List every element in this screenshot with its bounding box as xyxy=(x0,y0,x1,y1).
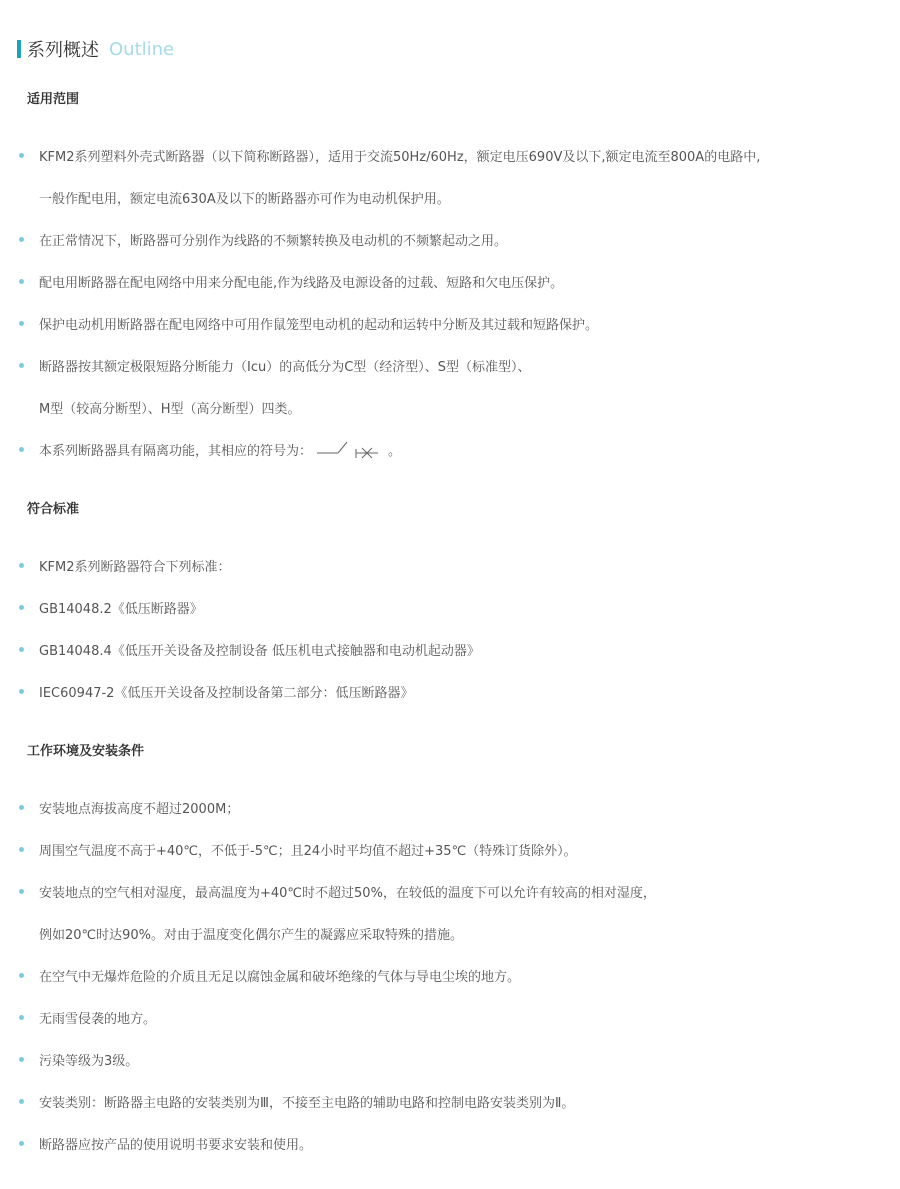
list-item-text: GB14048.4《低压开关设备及控制设备 低压机电式接触器和电动机起动器》 xyxy=(39,640,480,659)
list-item-text: 本系列断路器具有隔离功能，其相应的符号为： xyxy=(39,440,312,459)
list-item: KFM2系列塑料外壳式断路器（以下简称断路器），适用于交流50Hz/60Hz，额… xyxy=(19,145,760,165)
bullet-dot-icon xyxy=(19,447,24,452)
list-item: GB14048.4《低压开关设备及控制设备 低压机电式接触器和电动机起动器》 xyxy=(19,639,480,659)
bullet-dot-icon xyxy=(19,1057,24,1062)
list-item: 污染等级为3级。 xyxy=(19,1049,138,1069)
list-item: 在正常情况下，断路器可分别作为线路的不频繁转换及电动机的不频繁起动之用。 xyxy=(19,229,507,249)
bullet-dot-icon xyxy=(19,237,24,242)
page-header: 系列概述 Outline xyxy=(17,37,174,61)
list-item: 安装类别：断路器主电路的安装类别为Ⅲ，不接至主电路的辅助电路和控制电路安装类别为… xyxy=(19,1091,574,1111)
list-item-suffix: 。 xyxy=(388,440,401,459)
list-item-text: 无雨雪侵袭的地方。 xyxy=(39,1008,156,1027)
list-item-text: 保护电动机用断路器在配电网络中可用作鼠笼型电动机的起动和运转中分断及其过载和短路… xyxy=(39,314,598,333)
list-item: 安装地点海拔高度不超过2000M； xyxy=(19,797,239,817)
list-item-text: KFM2系列塑料外壳式断路器（以下简称断路器），适用于交流50Hz/60Hz，额… xyxy=(39,146,760,165)
list-item: 本系列断路器具有隔离功能，其相应的符号为： 。 xyxy=(19,439,401,459)
section-heading-environment: 工作环境及安装条件 xyxy=(27,740,144,759)
bullet-dot-icon xyxy=(19,847,24,852)
list-item-text: 配电用断路器在配电网络中用来分配电能,作为线路及电源设备的过载、短路和欠电压保护… xyxy=(39,272,563,291)
list-item-text: 周围空气温度不高于+40℃，不低于-5℃；且24小时平均值不超过+35℃（特殊订… xyxy=(39,840,577,859)
isolating-switch-symbol-icon xyxy=(316,438,382,460)
list-item-text: 污染等级为3级。 xyxy=(39,1050,138,1069)
list-item-text: 在正常情况下，断路器可分别作为线路的不频繁转换及电动机的不频繁起动之用。 xyxy=(39,230,507,249)
bullet-dot-icon xyxy=(19,563,24,568)
bullet-dot-icon xyxy=(19,1141,24,1146)
bullet-dot-icon xyxy=(19,153,24,158)
list-item: 无雨雪侵袭的地方。 xyxy=(19,1007,156,1027)
list-item-text: 在空气中无爆炸危险的介质且无足以腐蚀金属和破坏绝缘的气体与导电尘埃的地方。 xyxy=(39,966,520,985)
bullet-dot-icon xyxy=(19,689,24,694)
bullet-dot-icon xyxy=(19,1015,24,1020)
list-item: 配电用断路器在配电网络中用来分配电能,作为线路及电源设备的过载、短路和欠电压保护… xyxy=(19,271,563,291)
bullet-dot-icon xyxy=(19,889,24,894)
list-item-text: 断路器按其额定极限短路分断能力（Icu）的高低分为C型（经济型）、S型（标准型）… xyxy=(39,356,531,375)
bullet-dot-icon xyxy=(19,321,24,326)
bullet-dot-icon xyxy=(19,805,24,810)
bullet-dot-icon xyxy=(19,973,24,978)
list-item: 断路器应按产品的使用说明书要求安装和使用。 xyxy=(19,1133,312,1153)
list-item-continuation: 一般作配电用，额定电流630A及以下的断路器亦可作为电动机保护用。 xyxy=(39,187,450,207)
list-item-text: KFM2系列断路器符合下列标准： xyxy=(39,556,231,575)
section-heading-scope: 适用范围 xyxy=(27,88,79,107)
section-heading-standards: 符合标准 xyxy=(27,498,79,517)
page-title: 系列概述 xyxy=(27,36,99,62)
list-item-continuation: 例如20℃时达90%。对由于温度变化偶尔产生的凝露应采取特殊的措施。 xyxy=(39,923,463,943)
page-title-english: Outline xyxy=(109,39,174,60)
bullet-dot-icon xyxy=(19,1099,24,1104)
list-item: 周围空气温度不高于+40℃，不低于-5℃；且24小时平均值不超过+35℃（特殊订… xyxy=(19,839,577,859)
list-item: IEC60947-2《低压开关设备及控制设备第二部分：低压断路器》 xyxy=(19,681,413,701)
list-item: 保护电动机用断路器在配电网络中可用作鼠笼型电动机的起动和运转中分断及其过载和短路… xyxy=(19,313,598,333)
list-item: 安装地点的空气相对湿度，最高温度为+40℃时不超过50%，在较低的温度下可以允许… xyxy=(19,881,656,901)
list-item-text: 安装地点的空气相对湿度，最高温度为+40℃时不超过50%，在较低的温度下可以允许… xyxy=(39,882,656,901)
bullet-dot-icon xyxy=(19,647,24,652)
bullet-dot-icon xyxy=(19,363,24,368)
list-item: KFM2系列断路器符合下列标准： xyxy=(19,555,231,575)
list-item-text: 安装地点海拔高度不超过2000M； xyxy=(39,798,239,817)
bullet-dot-icon xyxy=(19,605,24,610)
accent-bar xyxy=(17,40,21,58)
list-item-text: 安装类别：断路器主电路的安装类别为Ⅲ，不接至主电路的辅助电路和控制电路安装类别为… xyxy=(39,1092,574,1111)
bullet-dot-icon xyxy=(19,279,24,284)
list-item: 断路器按其额定极限短路分断能力（Icu）的高低分为C型（经济型）、S型（标准型）… xyxy=(19,355,531,375)
list-item-text: 断路器应按产品的使用说明书要求安装和使用。 xyxy=(39,1134,312,1153)
list-item: GB14048.2《低压断路器》 xyxy=(19,597,203,617)
list-item-text: IEC60947-2《低压开关设备及控制设备第二部分：低压断路器》 xyxy=(39,682,413,701)
list-item-continuation: M型（较高分断型）、H型（高分断型）四类。 xyxy=(39,397,301,417)
list-item-text: GB14048.2《低压断路器》 xyxy=(39,598,203,617)
list-item: 在空气中无爆炸危险的介质且无足以腐蚀金属和破坏绝缘的气体与导电尘埃的地方。 xyxy=(19,965,520,985)
